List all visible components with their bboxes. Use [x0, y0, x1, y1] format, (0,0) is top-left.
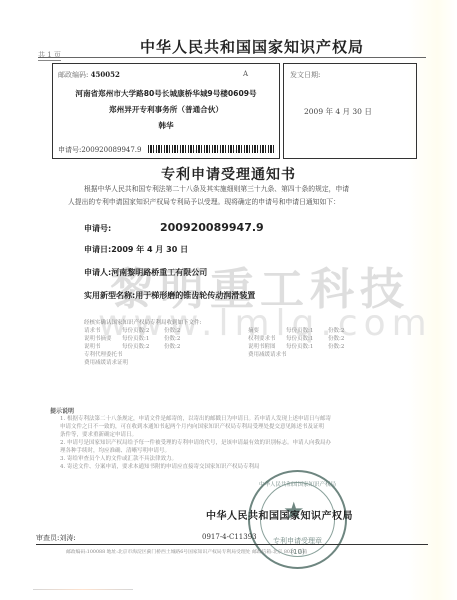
top-divider	[38, 57, 426, 58]
file-row: 权利要求书每份页数:1份数:2	[248, 334, 344, 342]
scan-artifact	[33, 589, 133, 590]
postal-code-label: 邮政编码:	[58, 71, 88, 79]
recipient-agency: 郑州异开专利事务所（普通合伙）	[53, 104, 279, 115]
note-item: 条件等，要求重新确定申请日。	[60, 431, 365, 439]
file-row: 说明书每份页数:2份数:2	[84, 342, 180, 350]
recipient-address: 河南省郑州市大学路80号长城康桥华城9号楼0609号	[53, 88, 279, 99]
note-item: 1. 根据专利法第二十八条规定，申请文件是邮寄的，以寄出的邮戳日为申请日。若申请…	[60, 415, 365, 423]
signing-office: 中华人民共和国国家知识产权局	[206, 507, 353, 522]
intro-paragraph-line2: 人提出的专利申请国家知识产权局专利局予以受理。现将确定的申请号和申请日通知如下：	[68, 196, 413, 209]
application-date: 申请日:2009 年 4 月 30 日	[84, 244, 188, 255]
note-item: 4. 寄送文件、分案申请，要求本通知书附的申请应直接寄交国家知识产权局专利局	[60, 463, 365, 471]
file-row: 请求书每份页数:2份数:2	[84, 326, 180, 334]
file-row: 说明书摘要每份页数:1份数:2	[84, 334, 180, 342]
barcode	[148, 145, 276, 153]
utility-model-name: 实用新型名称:用于梯形磨的锥齿轮传动润滑装置	[84, 290, 255, 301]
note-item: 3. 寄给审查员个人的文件或汇款不具法律效力。	[60, 455, 365, 463]
application-number-label: 申请号:	[84, 223, 111, 234]
note-item: 理各种手续时，均应准确、清晰写明申请号。	[60, 447, 365, 455]
recipient-name: 韩华	[53, 120, 279, 131]
address-box: 邮政编码: 450052 A 河南省郑州市大学路80号长城康桥华城9号楼0609…	[52, 63, 280, 159]
intro-paragraph-line1: 根据中华人民共和国专利法第二十八条及其实施细则第三十九条、第四十条的规定，申请	[68, 183, 413, 196]
file-row: 摘要每份页数:1份数:2	[248, 326, 344, 334]
file-row: 专利代理委托书	[84, 350, 123, 358]
postal-code-value: 450052	[91, 70, 120, 79]
page-count: 共 1 页	[38, 50, 61, 61]
category-mark: A	[243, 70, 248, 78]
issue-date-box: 发文日期: 2009 年 4 月 30 日	[283, 63, 417, 159]
notes-title: 提示说明	[50, 406, 74, 415]
issue-date-label: 发文日期:	[290, 70, 320, 80]
examiner: 审查员:刘涛:	[36, 533, 76, 543]
document-code: 0917-4-C11393	[202, 533, 257, 541]
application-number-line: 申请号:200920089947.9	[58, 145, 141, 155]
document-title: 专利申请受理通知书	[0, 164, 457, 184]
note-item: 申请文件之日不一致的，可在收到本通知书起两个月内向国家知识产权局专利局受理处提交…	[60, 423, 365, 431]
file-row: 费用减缓请求证明	[84, 358, 128, 366]
office-title: 中华人民共和国国家知识产权局	[140, 36, 364, 57]
applicant: 申请人:河南黎明路桥重工有限公司	[84, 267, 207, 278]
footer-contact: 邮政编码:100088 地址:北京市海淀区蓟门桥西土城路6号国家知识产权局专利局…	[66, 548, 307, 555]
application-number-value: 200920089947.9	[160, 221, 264, 234]
files-received-heading: 经核实确认国家知识产权局专利局收到如下文件:	[84, 318, 201, 326]
postal-code: 邮政编码: 450052	[58, 70, 120, 80]
bottom-divider	[36, 544, 428, 545]
issue-date-value: 2009 年 4 月 30 日	[304, 106, 372, 117]
file-row: 费用减缓请求书	[248, 350, 287, 358]
file-row: 说明书附图每份页数:1份数:2	[248, 342, 344, 350]
seal-ring-text: 中华人民共和国国家知识产权局	[250, 480, 345, 488]
note-item: 2. 申请号是国家知识产权局给予每一件被受理的专利申请的代号，是该申请最有效的识…	[60, 439, 365, 447]
